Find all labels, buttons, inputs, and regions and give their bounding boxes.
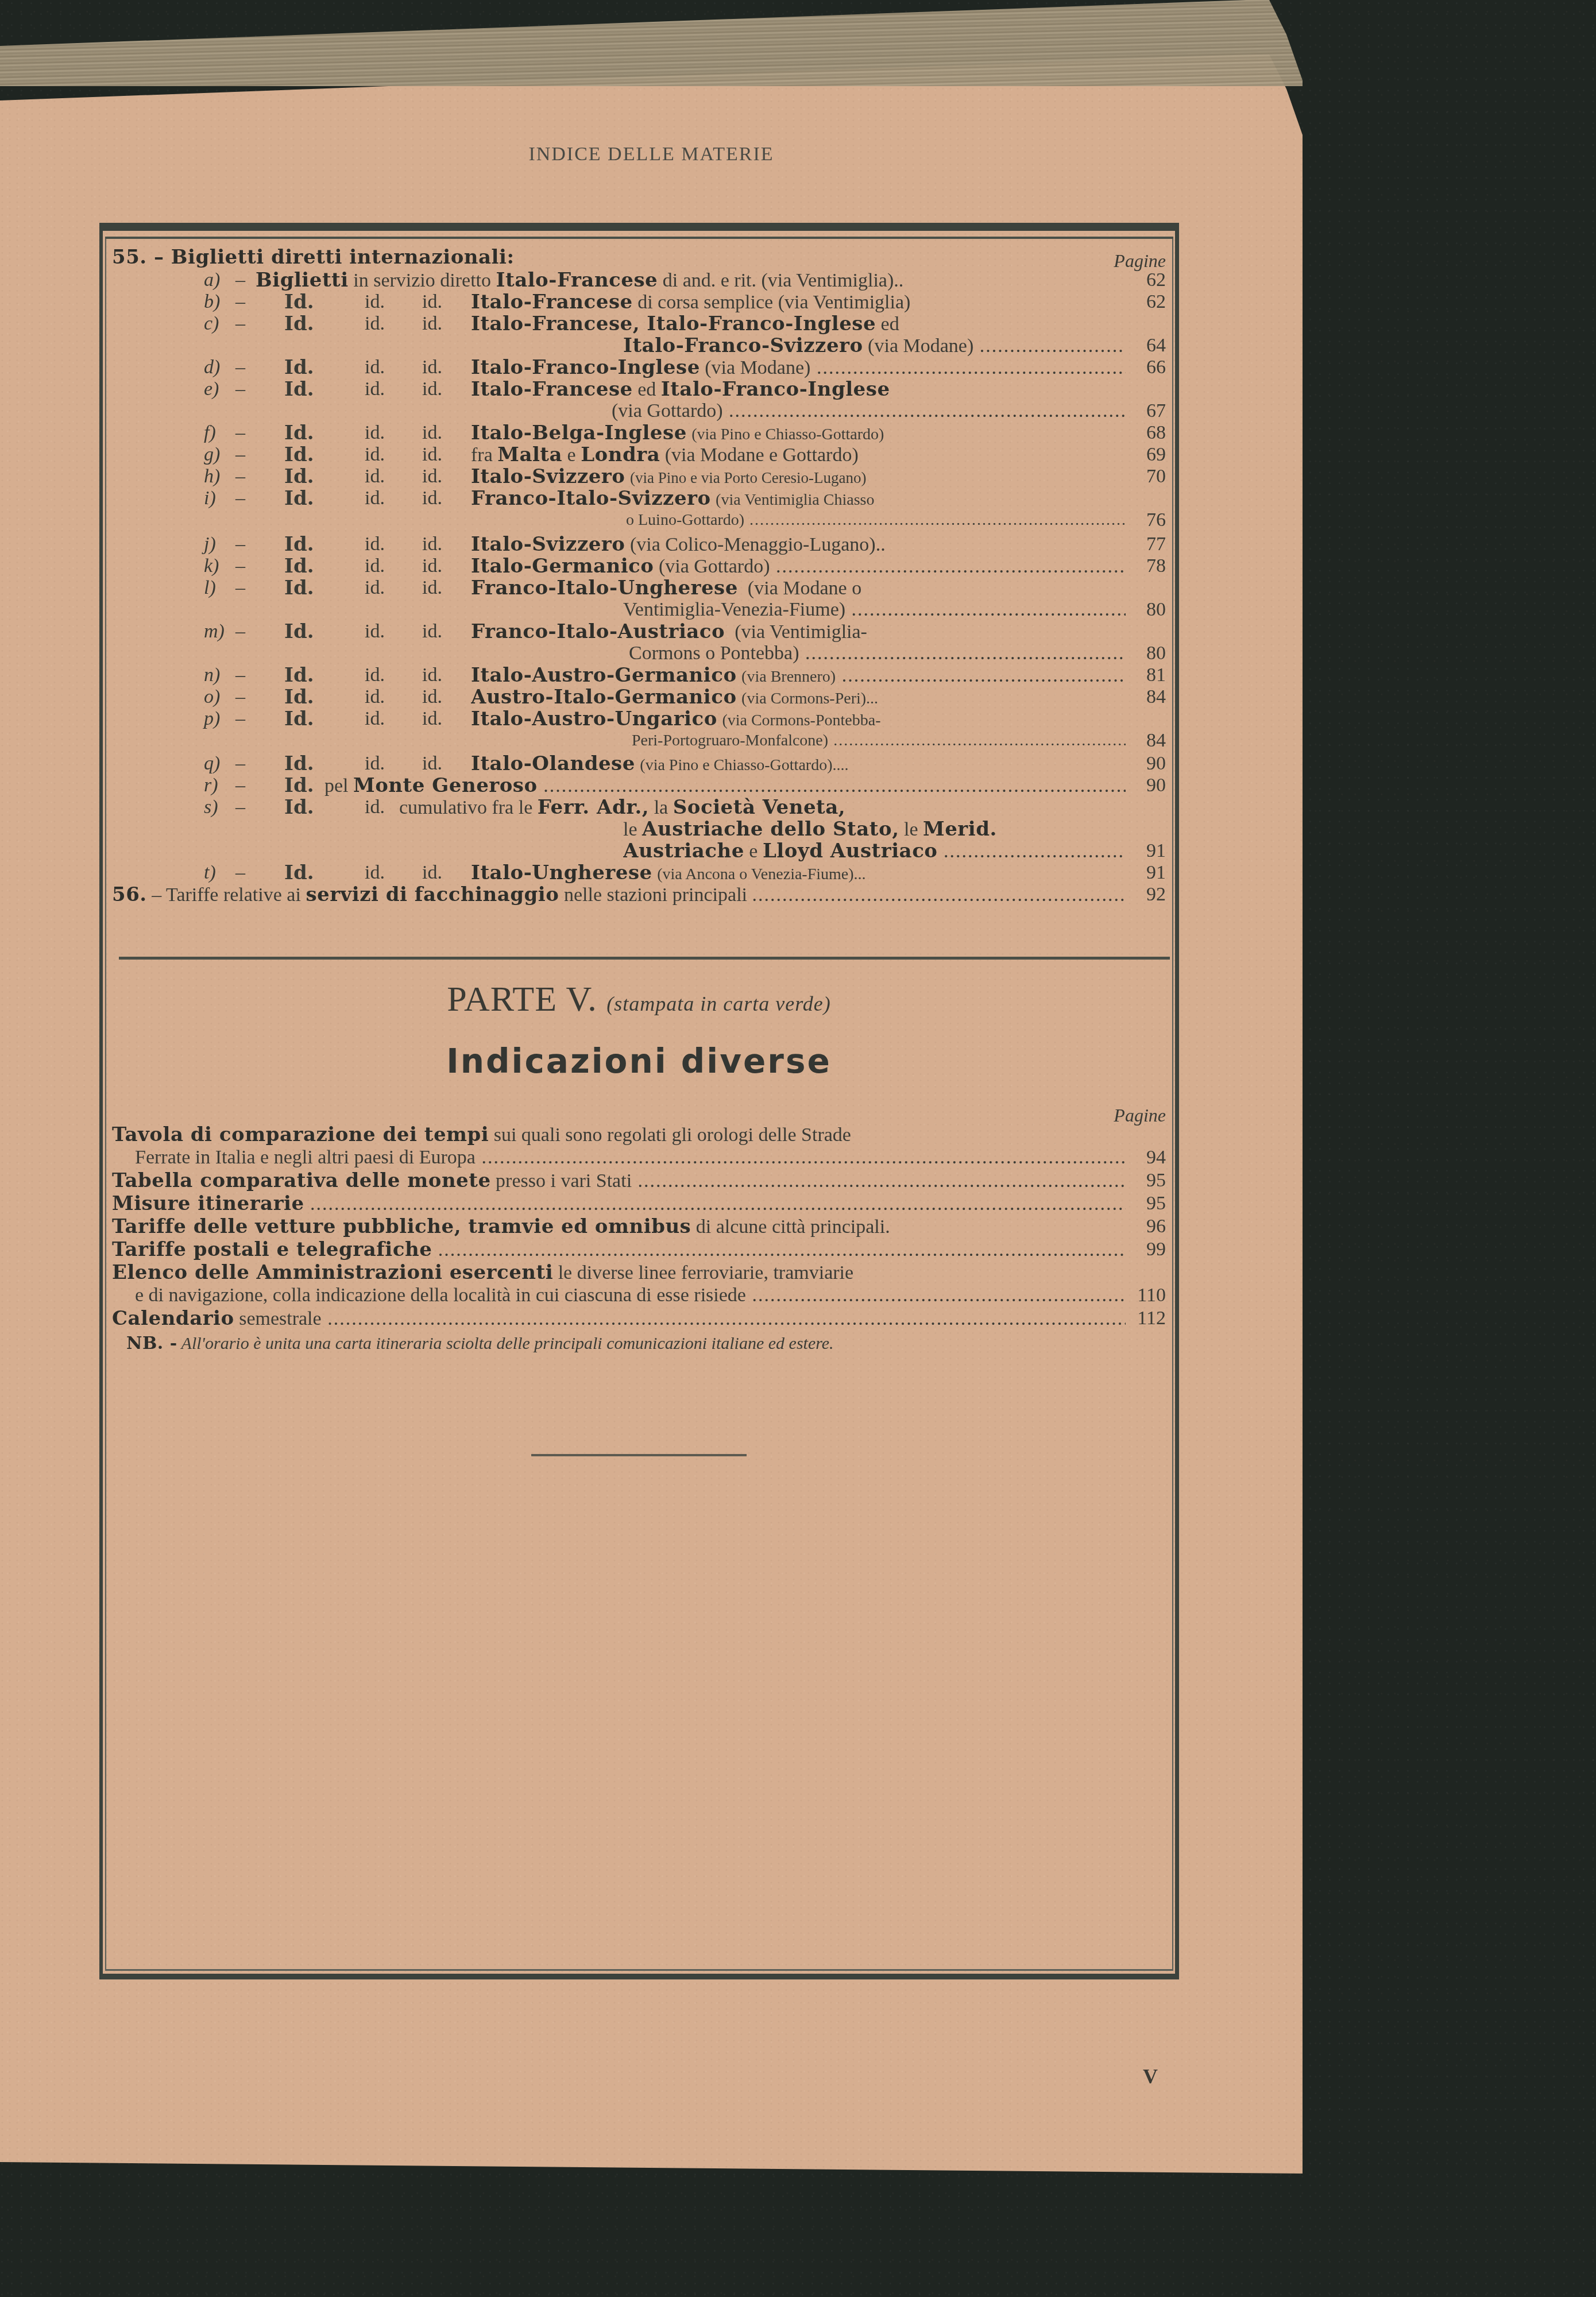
part-heading: Indicazioni diverse bbox=[112, 1051, 1166, 1072]
index-entry-m-cont: Cormons o Pontebba) 80 bbox=[112, 643, 1166, 664]
page-ref: 81 bbox=[1131, 665, 1166, 686]
page-ref: 84 bbox=[1131, 687, 1166, 707]
page-ref: 95 bbox=[1131, 1170, 1166, 1191]
index-entry-r: r)– Id. pel Monte Generoso 90 bbox=[112, 775, 1166, 796]
page-number: V bbox=[1143, 2064, 1158, 2089]
page-ref: 99 bbox=[1131, 1239, 1166, 1260]
pages-column-header: Pagine bbox=[1114, 1105, 1166, 1126]
index-entry-e: e)– Id. id. id. Italo-Francese ed Italo-… bbox=[112, 379, 1166, 400]
page-ref: 110 bbox=[1131, 1285, 1166, 1306]
part5-entry-tariffe-vetture: Tariffe delle vetture pubbliche, tramvie… bbox=[112, 1216, 1166, 1239]
page-ref: 91 bbox=[1131, 841, 1166, 861]
page-ref: 68 bbox=[1131, 423, 1166, 443]
end-rule bbox=[531, 1454, 747, 1456]
page-ref: 80 bbox=[1131, 600, 1166, 620]
page-ref: 90 bbox=[1131, 753, 1166, 774]
index-entry-c-cont: Italo-Franco-Svizzero (via Modane) 64 bbox=[112, 335, 1166, 356]
index-entry-g: g)– Id. id. id. fra Malta e Londra (via … bbox=[112, 444, 1166, 465]
index-entry-f: f)– Id. id. id. Italo-Belga-Inglese (via… bbox=[112, 423, 1166, 443]
part5-entry-calendario: Calendario semestrale 112 bbox=[112, 1308, 1166, 1331]
index-entry-l: l)– Id. id. id. Franco-Italo-Ungherese (… bbox=[112, 578, 1166, 598]
frame-top-thin-rule bbox=[105, 237, 1173, 239]
page-ref: 90 bbox=[1131, 775, 1166, 796]
index-entry-n: n)– Id. id. id. Italo-Austro-Germanico (… bbox=[112, 665, 1166, 686]
index-entry-h: h)– Id. id. id. Italo-Svizzero (via Pino… bbox=[112, 466, 1166, 487]
index-entry-b: b)– Id. id. id. Italo-Francese di corsa … bbox=[112, 292, 1166, 312]
page-ref: 95 bbox=[1131, 1193, 1166, 1214]
index-entry-j: j)– Id. id. id. Italo-Svizzero (via Coli… bbox=[112, 534, 1166, 555]
index-entry-s: s)– Id. id. cumulativo fra le Ferr. Adr.… bbox=[112, 797, 1166, 818]
index-entry-t: t)– Id. id. id. Italo-Ungherese (via Anc… bbox=[112, 863, 1166, 883]
page-ref: 66 bbox=[1131, 357, 1166, 378]
index-entry-p-cont: Peri-Portogruaro-Monfalcone) 84 bbox=[112, 730, 1166, 751]
section-divider-rule bbox=[119, 957, 1170, 960]
running-head: INDICE DELLE MATERIE bbox=[0, 144, 1303, 165]
page-ref: 92 bbox=[1131, 884, 1166, 905]
index-entry-c: c)– Id. id. id. Italo-Francese, Italo-Fr… bbox=[112, 314, 1166, 334]
index-entry-p: p)– Id. id. id. Italo-Austro-Ungarico (v… bbox=[112, 709, 1166, 729]
page-ref: 76 bbox=[1131, 510, 1166, 531]
part5-entry-misure: Misure itinerarie 95 bbox=[112, 1193, 1166, 1216]
index-entry-q: q)– Id. id. id. Italo-Olandese (via Pino… bbox=[112, 753, 1166, 774]
pages-column-header: Pagine bbox=[1114, 250, 1166, 271]
footnote-nb: NB. - All'orario è unita una carta itine… bbox=[126, 1333, 1166, 1354]
section-56-entry: 56. – Tariffe relative ai servizi di fac… bbox=[112, 884, 1166, 905]
page-ref: 112 bbox=[1131, 1308, 1166, 1329]
page-ref: 96 bbox=[1131, 1216, 1166, 1237]
part5-entry-elenco-cont: e di navigazione, colla indicazione dell… bbox=[112, 1285, 1166, 1308]
section-number: 55. bbox=[112, 246, 147, 269]
part5-entry-elenco: Elenco delle Amministrazioni esercenti l… bbox=[112, 1262, 1166, 1285]
page-ref: 62 bbox=[1131, 270, 1166, 291]
index-entry-s-cont1: le Austriache dello Stato, le Merid. bbox=[112, 819, 1166, 840]
section-55-heading: 55. – Biglietti diretti internazionali: … bbox=[112, 247, 1166, 270]
page-ref: 77 bbox=[1131, 534, 1166, 555]
page-ref: 62 bbox=[1131, 292, 1166, 312]
page-ref: 64 bbox=[1131, 335, 1166, 356]
page-ref: 84 bbox=[1131, 730, 1166, 751]
page-ref: 67 bbox=[1131, 401, 1166, 421]
page-ref: 80 bbox=[1131, 643, 1166, 664]
index-entry-l-cont: Ventimiglia-Venezia-Fiume) 80 bbox=[112, 600, 1166, 620]
index-entry-m: m)– Id. id. id. Franco-Italo-Austriaco (… bbox=[112, 621, 1166, 642]
section-title: – Biglietti diretti internazionali: bbox=[154, 246, 514, 269]
part5-entry-tariffe-postali: Tariffe postali e telegrafiche 99 bbox=[112, 1239, 1166, 1262]
part5-entry-tavola-cont: Ferrate in Italia e negli altri paesi di… bbox=[112, 1147, 1166, 1170]
index-entry-e-cont: (via Gottardo) 67 bbox=[112, 401, 1166, 421]
index-entry-d: d)– Id. id. id. Italo-Franco-Inglese (vi… bbox=[112, 357, 1166, 378]
index-entry-i: i)– Id. id. id. Franco-Italo-Svizzero (v… bbox=[112, 488, 1166, 509]
part5-entry-tabella: Tabella comparativa delle monete presso … bbox=[112, 1170, 1166, 1193]
part-title: PARTE V. (stampata in carta verde) bbox=[112, 989, 1166, 1014]
index-entry-a: a) – Biglietti in servizio diretto Italo… bbox=[112, 270, 1166, 291]
page-ref: 91 bbox=[1131, 863, 1166, 883]
page-ref: 70 bbox=[1131, 466, 1166, 487]
page-ref: 94 bbox=[1131, 1147, 1166, 1168]
part5-entry-tavola: Tavola di comparazione dei tempi sui qua… bbox=[112, 1124, 1166, 1147]
index-entry-o: o)– Id. id. id. Austro-Italo-Germanico (… bbox=[112, 687, 1166, 707]
index-entry-s-cont2: Austriache e Lloyd Austriaco 91 bbox=[112, 841, 1166, 861]
page-ref: 78 bbox=[1131, 556, 1166, 577]
page-ref: 69 bbox=[1131, 444, 1166, 465]
index-entry-k: k)– Id. id. id. Italo-Germanico (via Got… bbox=[112, 556, 1166, 577]
index-entry-i-cont: o Luino-Gottardo) 76 bbox=[112, 510, 1166, 531]
